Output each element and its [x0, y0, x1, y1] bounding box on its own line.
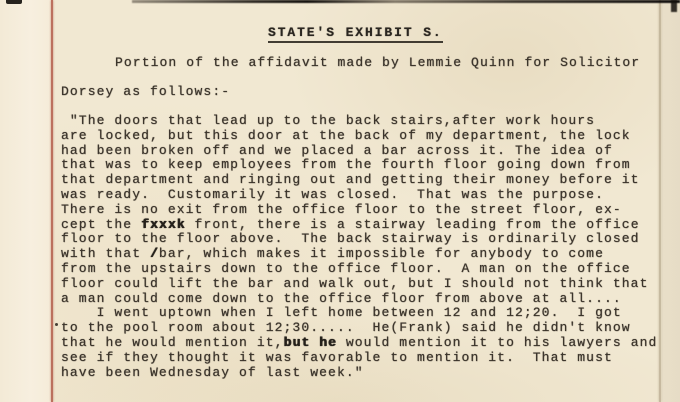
overstruck-text: fxxxk [141, 217, 186, 232]
affidavit-text: to the pool room about 12;30..... He(Fra… [61, 320, 631, 335]
affidavit-line: cept the fxxxk front, there is a stairwa… [61, 218, 676, 233]
affidavit-text: a man could come down to the office floo… [61, 291, 622, 306]
affidavit-line: "The doors that lead up to the back stai… [61, 114, 676, 129]
scan-top-right-artifact [671, 0, 677, 12]
scan-top-edge-artifact [132, 0, 680, 3]
affidavit-text: that he would mention it, [61, 335, 284, 350]
affidavit-text: floor to the floor above. The back stair… [61, 231, 640, 246]
affidavit-text: with that [61, 246, 150, 261]
affidavit-text: "The doors that lead up to the back stai… [61, 113, 595, 128]
intro-line-1: Portion of the affidavit made by Lemmie … [115, 55, 640, 70]
affidavit-line: to the pool room about 12;30..... He(Fra… [61, 321, 676, 336]
affidavit-text: floor could lift the bar and walk out, b… [61, 276, 648, 291]
affidavit-text: had been broken off and we placed a bar … [61, 143, 613, 158]
affidavit-line: that was to keep employees from the four… [61, 158, 676, 173]
affidavit-text: have been Wednesday of last week." [61, 365, 364, 380]
ink-speck [55, 323, 58, 326]
affidavit-line: floor could lift the bar and walk out, b… [61, 277, 676, 292]
affidavit-text: see if they thought it was favorable to … [61, 350, 613, 365]
paper-left-margin-strip [0, 0, 51, 402]
affidavit-text: that department and ringing out and gett… [61, 172, 640, 187]
scan-top-left-artifact [6, 0, 22, 4]
affidavit-text: front, there is a stairway leading from … [186, 217, 640, 232]
affidavit-text: bar, which makes it impossible for anybo… [159, 246, 604, 261]
affidavit-text: There is no exit from the office floor t… [61, 202, 622, 217]
affidavit-line: had been broken off and we placed a bar … [61, 144, 676, 159]
affidavit-text: I went uptown when I left home between 1… [61, 305, 622, 320]
affidavit-line: a man could come down to the office floo… [61, 292, 676, 307]
affidavit-line: from the upstairs down to the office flo… [61, 262, 676, 277]
affidavit-text: are locked, but this door at the back of… [61, 128, 631, 143]
affidavit-line: see if they thought it was favorable to … [61, 351, 676, 366]
red-margin-rule [51, 0, 53, 402]
affidavit-line: that department and ringing out and gett… [61, 173, 676, 188]
intro-line-2: Dorsey as follows:- [61, 84, 230, 99]
affidavit-text: would mention it to his lawyers and [337, 335, 657, 350]
affidavit-line: I went uptown when I left home between 1… [61, 306, 676, 321]
affidavit-body: "The doors that lead up to the back stai… [61, 114, 676, 380]
affidavit-text: was ready. Customarily it was closed. Th… [61, 187, 604, 202]
scanned-affidavit-document: STATE'S EXHIBIT S. Portion of the affida… [0, 0, 680, 402]
affidavit-line: that he would mention it,but he would me… [61, 336, 676, 351]
affidavit-line: with that /bar, which makes it impossibl… [61, 247, 676, 262]
affidavit-line: are locked, but this door at the back of… [61, 129, 676, 144]
affidavit-text: from the upstairs down to the office flo… [61, 261, 631, 276]
affidavit-line: floor to the floor above. The back stair… [61, 232, 676, 247]
affidavit-text: that was to keep employees from the four… [61, 157, 631, 172]
overstruck-text: but he [284, 335, 337, 350]
affidavit-line: was ready. Customarily it was closed. Th… [61, 188, 676, 203]
exhibit-title: STATE'S EXHIBIT S. [268, 25, 443, 43]
affidavit-line: have been Wednesday of last week." [61, 366, 676, 381]
overstruck-text: / [150, 246, 159, 261]
affidavit-text: cept the [61, 217, 141, 232]
affidavit-line: There is no exit from the office floor t… [61, 203, 676, 218]
